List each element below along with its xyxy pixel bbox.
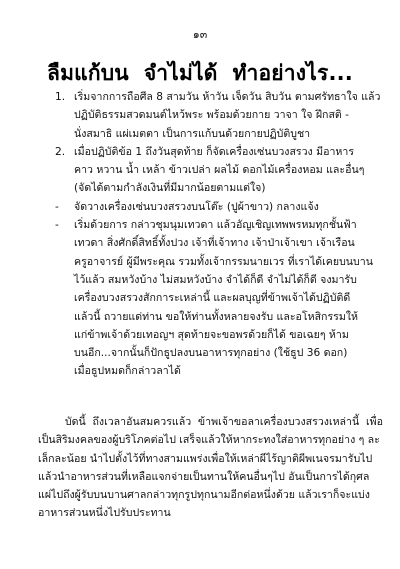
- text-line: เครื่องบวงสรวงสักการะเหล่านี้ และผลบุญที…: [74, 289, 373, 307]
- list-item-text: เริ่มจากการถือศีล 8 สามวัน ห้าวัน เจ็ดวั…: [74, 88, 380, 143]
- text-line: จัดวางเครื่องเซ่นบวงสรวงบนโต๊ะ (ปูผ้าขาว…: [74, 198, 355, 216]
- text-line: แล้วนี้ ถวายแด่ท่าน ขอให้ท่านทั้งหลายจงร…: [74, 308, 373, 326]
- text-line: ไว้แล้ว สมหวังบ้าง ไม่สมหวังบ้าง จำได้ก็…: [74, 271, 373, 289]
- text-line: ครูอาจารย์ ผู้มีพระคุณ รวมทั้งเจ้ากรรมนา…: [74, 253, 373, 271]
- text-line: เมื่อธูปหมดก็กล่าวลาได้: [74, 362, 373, 380]
- list-marker: 2.: [55, 143, 74, 198]
- text-line: เล็กละน้อย นำไปตั้งไว้ที่ทางสามแพร่งเพื่…: [38, 450, 356, 468]
- text-line: เริ่มจากการถือศีล 8 สามวัน ห้าวัน เจ็ดวั…: [74, 88, 380, 106]
- text-line: บนอีก...จากนั้นก็ปักธูปลงบนอาหารทุกอย่าง…: [74, 344, 373, 362]
- text-line: เทวดา สิ่งศักดิ์สิทธิ์ทั้งปวง เจ้าที่เจ้…: [74, 234, 373, 252]
- text-line: เมื่อปฏิบัติข้อ 1 ถึงวันสุดท้าย ก็จัดเคร…: [74, 143, 364, 161]
- text-line: แล้วนำอาหารส่วนที่เหลือแจกจ่ายเป็นทานให้…: [38, 468, 356, 486]
- list-item: 1. เริ่มจากการถือศีล 8 สามวัน ห้าวัน เจ็…: [55, 88, 355, 143]
- list-marker: -: [55, 198, 74, 216]
- closing-paragraph: บัดนี้ ถึงเวลาอันสมควรแล้ว ข้าพเจ้าขอลาเ…: [38, 413, 356, 523]
- list-marker: -: [55, 216, 74, 381]
- list-item: - จัดวางเครื่องเซ่นบวงสรวงบนโต๊ะ (ปูผ้าข…: [55, 198, 355, 216]
- text-line: เป็นสิริมงคลของผู้บริโภคต่อไป เสร็จแล้วใ…: [38, 431, 356, 449]
- list-item: - เริ่มด้วยการ กล่าวชุมนุมเทวดา แล้วอัญเ…: [55, 216, 355, 381]
- text-line: คาว หวาน น้ำ เหล้า ข้าวเปล่า ผลไม้ ดอกไม…: [74, 161, 364, 179]
- list-item: 2. เมื่อปฏิบัติข้อ 1 ถึงวันสุดท้าย ก็จัด…: [55, 143, 355, 198]
- instruction-list: 1. เริ่มจากการถือศีล 8 สามวัน ห้าวัน เจ็…: [55, 88, 355, 381]
- list-item-text: เริ่มด้วยการ กล่าวชุมนุมเทวดา แล้วอัญเชิ…: [74, 216, 373, 381]
- list-marker: 1.: [55, 88, 74, 143]
- list-item-text: จัดวางเครื่องเซ่นบวงสรวงบนโต๊ะ (ปูผ้าขาว…: [74, 198, 355, 216]
- page-number: ๑๓: [0, 25, 400, 43]
- text-line: ปฏิบัติธรรมสวดมนต์ไหว้พระ พร้อมด้วยกาย ว…: [74, 106, 380, 124]
- text-line: แก่ข้าพเจ้าด้วยเทอญฯ สุดท้ายจะขอพรด้วยก็…: [74, 326, 373, 344]
- text-line: เริ่มด้วยการ กล่าวชุมนุมเทวดา แล้วอัญเชิ…: [74, 216, 373, 234]
- page-title: ลืมแก้บน จำไม่ได้ ทำอย่างไร...: [0, 57, 400, 90]
- text-line: แผ่ไปถึงผู้รับบนบานศาลกล่าวทุกรูปทุกนามอ…: [38, 486, 356, 504]
- text-line: (จัดได้ตามกำลังเงินที่มีมากน้อยตามแต่ใจ): [74, 179, 364, 197]
- text-line: นั่งสมาธิ แผ่เมตตา เป็นการแก้บนด้วยกายปฏ…: [74, 125, 380, 143]
- list-item-text: เมื่อปฏิบัติข้อ 1 ถึงวันสุดท้าย ก็จัดเคร…: [74, 143, 364, 198]
- text-line: อาหารส่วนหนึ่งไปรับประทาน: [38, 504, 356, 522]
- text-line: บัดนี้ ถึงเวลาอันสมควรแล้ว ข้าพเจ้าขอลาเ…: [38, 413, 356, 431]
